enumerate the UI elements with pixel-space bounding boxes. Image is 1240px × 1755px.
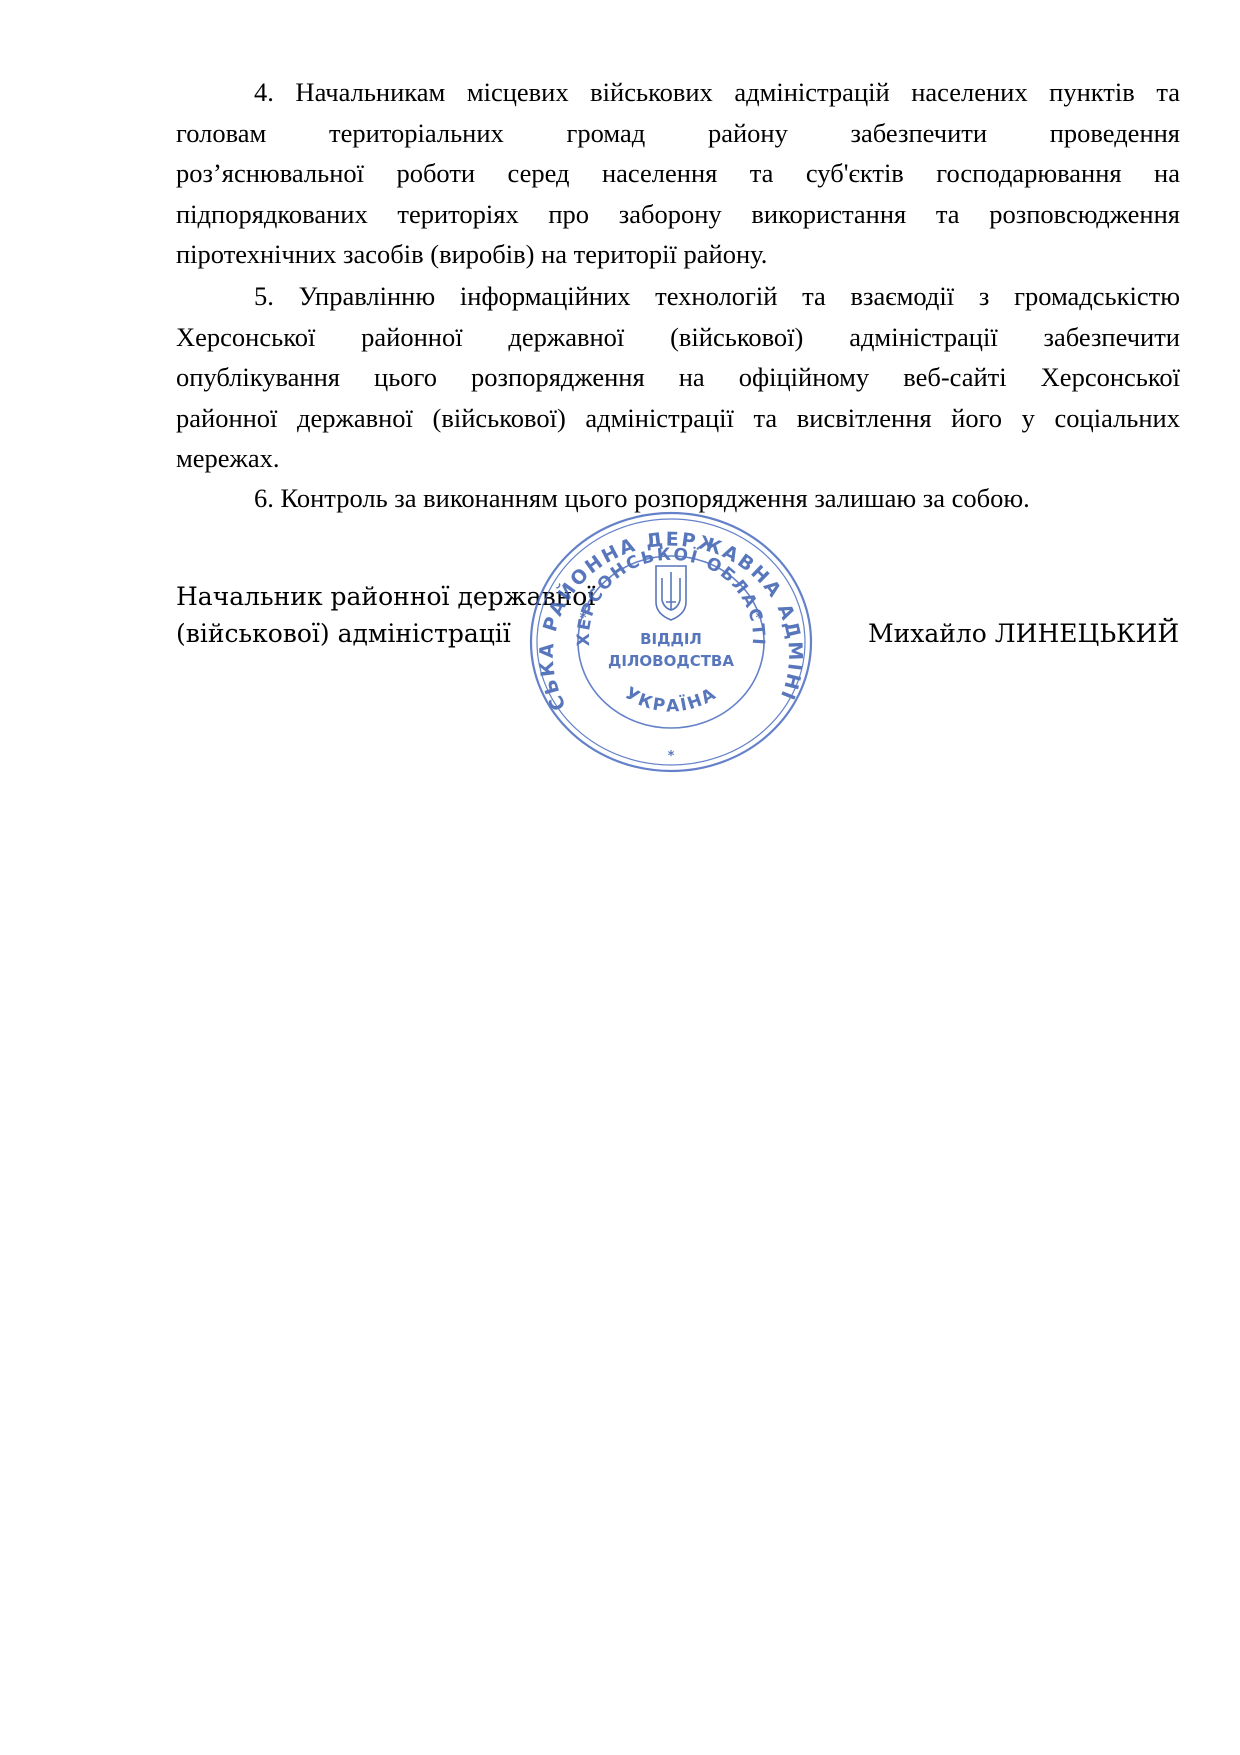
svg-text:*: * [580,611,587,626]
official-stamp: ХЕРСОНСЬКА РАЙОННА ДЕРЖАВНА АДМІНІСТРАЦІ… [528,510,814,774]
text-line: роз’яснювальної роботи серед населення т… [176,153,1180,194]
signatory-name: Михайло ЛИНЕЦЬКИЙ [868,615,1179,652]
stamp-outer-text: ХЕРСОНСЬКА РАЙОННА ДЕРЖАВНА АДМІНІСТРАЦІ… [528,510,806,714]
document-page: 4. Начальникам місцевих військових адмін… [0,0,1240,1755]
text-line: головам територіальних громад району заб… [176,113,1180,154]
text-line: районної державної (військової) адмініст… [176,398,1180,439]
text-line: підпорядкованих територіях про заборону … [176,194,1180,235]
trident-icon [656,566,686,620]
text-line: опублікування цього розпорядження на офі… [176,357,1180,398]
svg-text:*: * [668,749,675,764]
text-line: мережах. [176,438,1180,479]
text-line: 5. Управлінню інформаційних технологій т… [176,276,1180,317]
text-line: піротехнічних засобів (виробів) на терит… [176,234,1180,275]
text-line: Херсонської районної державної (військов… [176,317,1180,358]
stamp-center-line-1: ВІДДІЛ [640,630,702,648]
paragraph-4: 4. Начальникам місцевих військових адмін… [176,72,1180,275]
text-line: 4. Начальникам місцевих військових адмін… [176,72,1180,113]
paragraph-5: 5. Управлінню інформаційних технологій т… [176,276,1180,479]
stamp-center-line-2: ДІЛОВОДСТВА [608,652,734,670]
stamp-bottom-text: УКРАЇНА [621,683,721,716]
svg-text:*: * [756,611,763,626]
